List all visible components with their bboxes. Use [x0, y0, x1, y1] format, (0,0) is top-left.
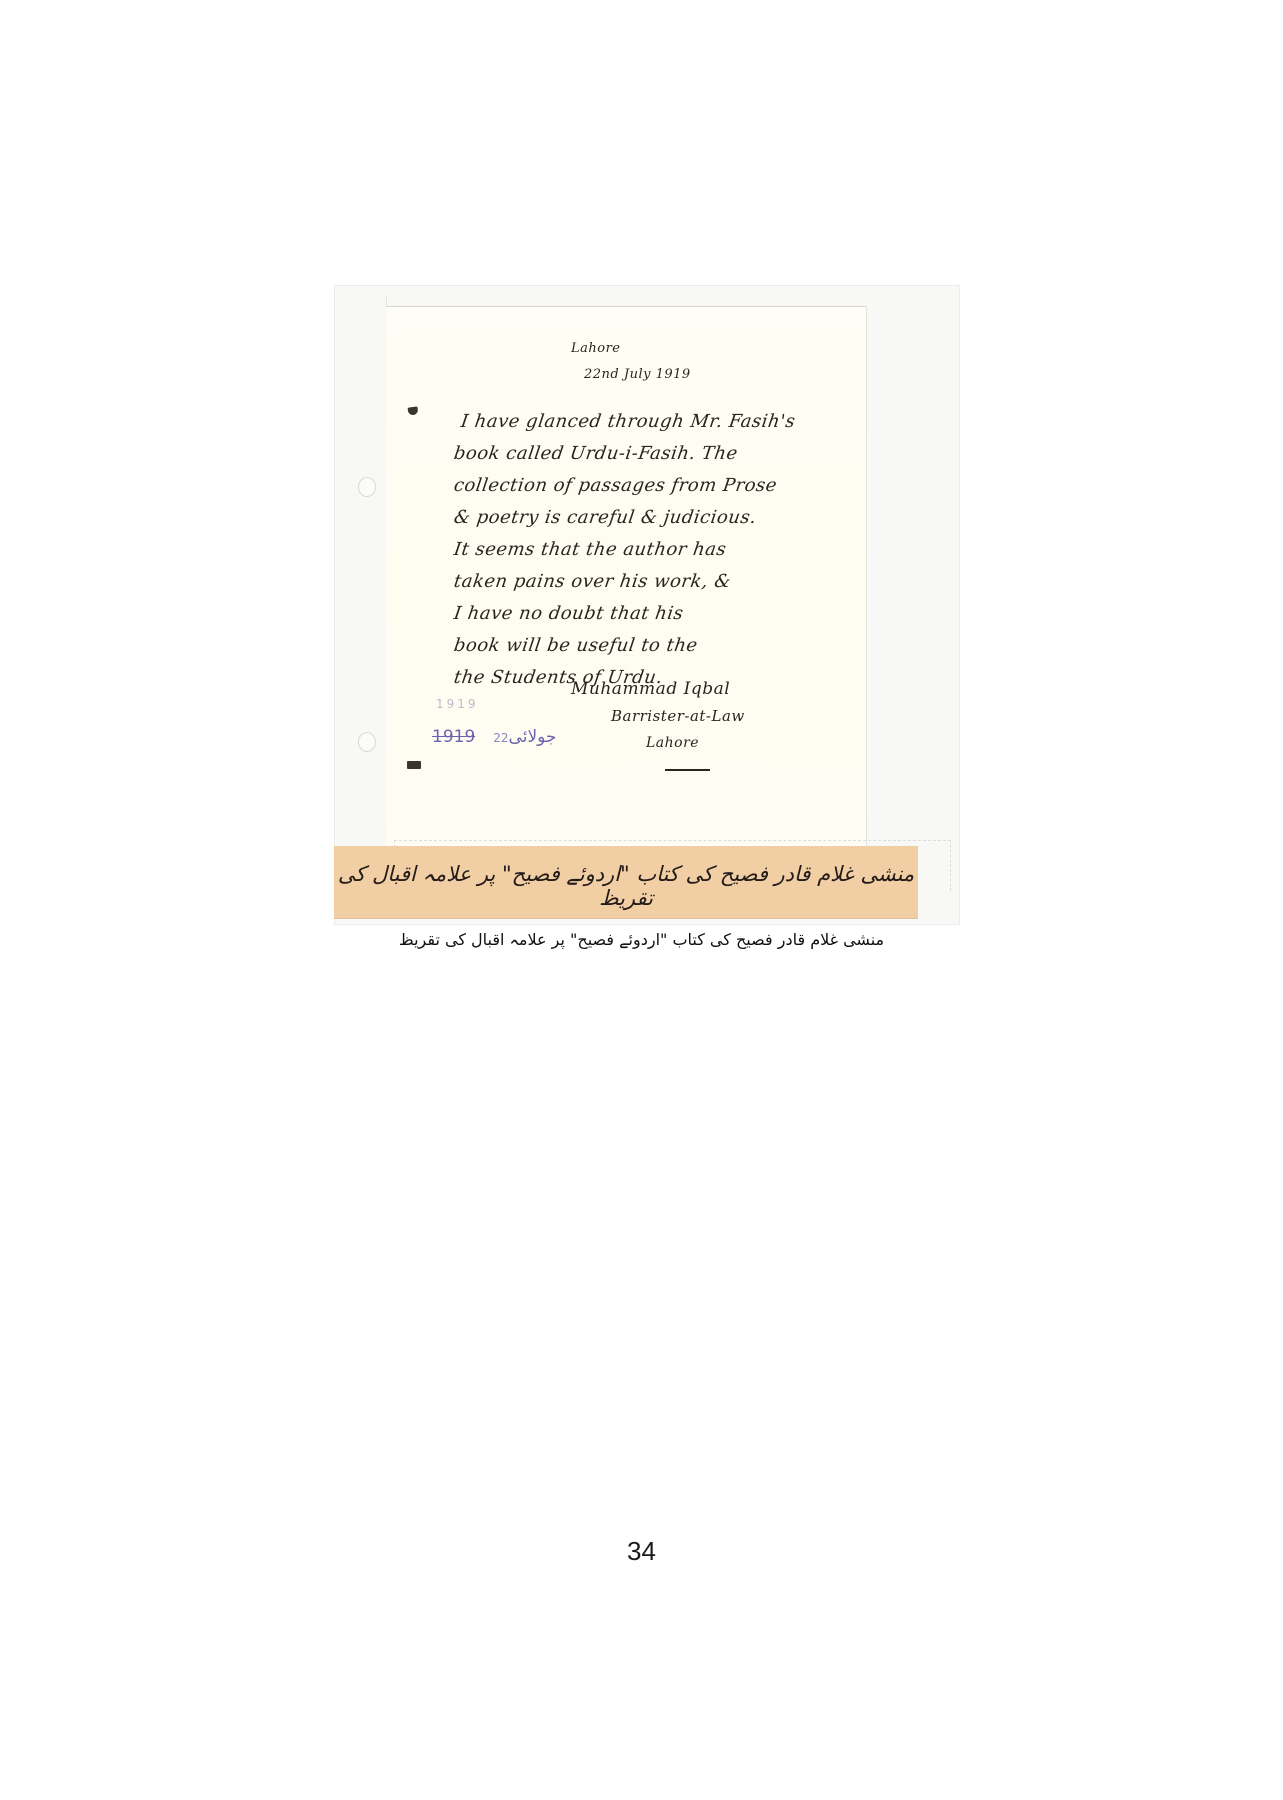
letter-body-line: I have no doubt that his — [453, 603, 685, 624]
letter-body-line: & poetry is careful & judicious. — [453, 507, 758, 528]
page-number: 34 — [0, 1536, 1283, 1567]
letter-body-line: book called Urdu-i-Fasih. The — [453, 443, 740, 464]
signature-underline — [665, 769, 710, 771]
letter-place: Lahore — [571, 341, 621, 356]
letter-body-line: It seems that the author has — [453, 539, 728, 560]
figure-caption: منشی غلام قادر فصیح کی کتاب "اردوئے فصیح… — [334, 930, 949, 949]
struck-year: 1919 — [432, 727, 475, 747]
letter-photograph: Lahore 22nd July 1919 I have glanced thr… — [334, 285, 960, 925]
handwritten-letter: Lahore 22nd July 1919 I have glanced thr… — [386, 307, 866, 862]
letter-body-line: collection of passages from Prose — [453, 475, 779, 496]
letter-body-line: book will be useful to the — [453, 635, 700, 656]
signature-title: Barrister-at-Law — [611, 707, 745, 725]
letter-body-line: taken pains over his work, & — [453, 571, 733, 592]
letter-body-line: I have glanced through Mr. Fasih's — [460, 411, 797, 432]
signature-name: Muhammad Iqbal — [571, 679, 730, 699]
pencil-year-annotation: 1919 — [436, 697, 479, 711]
ink-blot — [407, 761, 421, 769]
pasted-caption-strip: منشی غلام قادر فصیح کی کتاب "اردوئے فصیح… — [334, 846, 918, 918]
signature-place: Lahore — [646, 735, 699, 751]
strip-urdu-text: منشی غلام قادر فصیح کی کتاب "اردوئے فصیح… — [334, 862, 918, 910]
urdu-month: جولائی — [509, 727, 557, 747]
punch-hole — [358, 732, 376, 752]
punch-hole — [358, 477, 376, 497]
annotation-day: 22 — [493, 731, 508, 745]
blue-ink-annotation: 1919جولائی22 — [432, 727, 556, 747]
letter-date: 22nd July 1919 — [584, 367, 691, 382]
ink-blot — [407, 406, 418, 415]
